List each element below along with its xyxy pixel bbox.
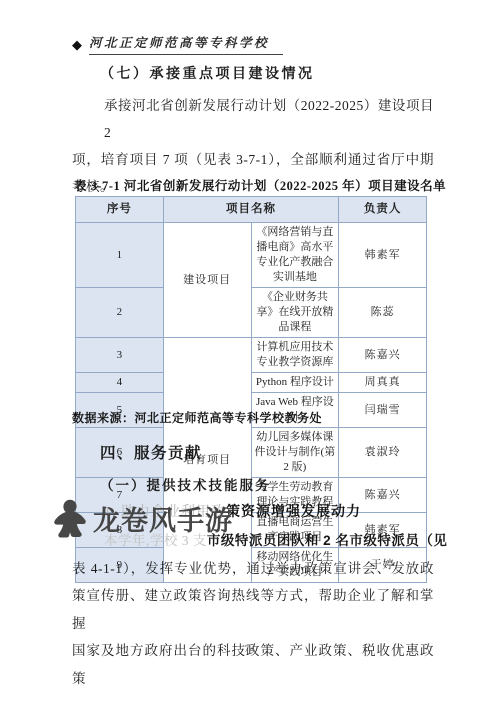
column-header-name: 项目名称	[163, 197, 339, 223]
cell-no: 4	[76, 373, 164, 393]
meeple-icon	[50, 498, 90, 538]
section-7-title: （七）承接重点项目建设情况	[100, 63, 315, 83]
subheading-1-bold-part: 策资源增强发展动力	[226, 503, 361, 519]
table-row: 2 《企业财务共享》在线开放精品课程 陈蕊	[76, 288, 427, 338]
cell-person: 闫瑞雪	[339, 393, 427, 428]
table-row: 3 培育项目 计算机应用技术专业教学资源库 陈嘉兴	[76, 338, 427, 373]
paragraph-2-line-2: 表 4-1-1），发挥专业优势，通过举办政策宣讲会、发放政	[72, 555, 434, 583]
cell-person: 陈蕊	[339, 288, 427, 338]
cell-name: Python 程序设计	[251, 373, 339, 393]
table-header-row: 序号 项目名称 负责人	[76, 197, 427, 223]
cell-no: 3	[76, 338, 164, 373]
paragraph-1-line-1: 承接河北省创新发展行动计划（2022-2025）建设项目 2	[72, 92, 434, 146]
cell-name: 《网络营销与直播电商》高水平专业化产教融合实训基地	[251, 223, 339, 288]
column-header-no: 序号	[76, 197, 164, 223]
cell-name: 幼儿园多媒体课件设计与制作(第 2 版)	[251, 428, 339, 478]
paragraph-1-line-2: 项，培育项目 7 项（见表 3-7-1），全部顺利通过省厅中期	[72, 146, 434, 173]
cell-no: 2	[76, 288, 164, 338]
data-source-note: 数据来源：河北正定师范高等专科学校教务处	[72, 409, 322, 426]
cell-person: 韩素军	[339, 223, 427, 288]
section-4-title: 四、服务贡献	[100, 441, 202, 463]
section-4-1-title: （一）提供技术技能服务	[100, 474, 271, 494]
paragraph-2-line-3: 策宣传册、建立政策咨询热线等方式，帮助企业了解和掌握	[72, 582, 434, 637]
school-name: 河北正定师范高等专科学校	[89, 33, 283, 55]
page-number: 74	[0, 645, 500, 655]
cell-no: 1	[76, 223, 164, 288]
cell-person: 袁淑玲	[339, 428, 427, 478]
cell-name: 《企业财务共享》在线开放精品课程	[251, 288, 339, 338]
table-row: 1 建设项目 《网络营销与直播电商》高水平专业化产教融合实训基地 韩素军	[76, 223, 427, 288]
column-header-person: 负责人	[339, 197, 427, 223]
cell-category-construction: 建设项目	[163, 223, 251, 338]
document-page: ◆ 河北正定师范高等专科学校 （七）承接重点项目建设情况 承接河北省创新发展行动…	[0, 0, 500, 707]
cell-person: 周真真	[339, 373, 427, 393]
watermark: 龙卷风手游	[50, 498, 233, 538]
diamond-icon: ◆	[72, 38, 82, 51]
table-caption: 表 3-7-1 河北省创新发展行动计划（2022-2025 年）项目建设名单	[74, 176, 446, 194]
cell-person: 陈嘉兴	[339, 338, 427, 373]
cell-name: 计算机应用技术专业教学资源库	[251, 338, 339, 373]
watermark-text: 龙卷风手游	[93, 499, 233, 538]
page-header: ◆ 河北正定师范高等专科学校	[72, 33, 283, 55]
paragraph-2-line-1-rest: 市级特派员团队和 2 名市级特派员（见	[207, 533, 448, 548]
table-row: 4 Python 程序设计 周真真	[76, 373, 427, 393]
paragraph-2: 本学年,学校 3 支市级特派员团队和 2 名市级特派员（见 表 4-1-1），发…	[72, 527, 434, 692]
